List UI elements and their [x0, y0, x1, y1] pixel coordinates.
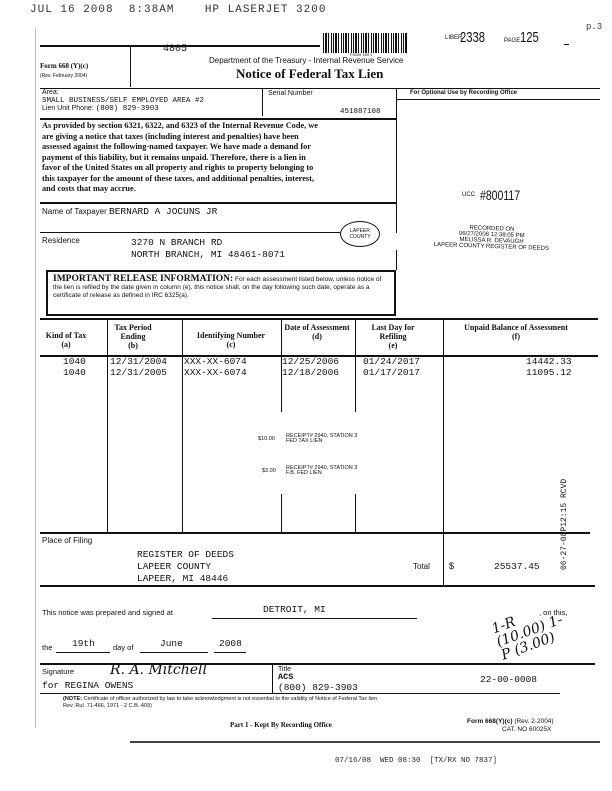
officer-id: 22-00-0008 [480, 674, 537, 685]
day-of-label: day of [113, 643, 133, 652]
signature-bottom-rule [40, 693, 560, 694]
prepared-month: June [160, 638, 183, 649]
column-line [355, 494, 356, 532]
residence-divider [396, 250, 397, 270]
area-top-rule [40, 88, 600, 89]
column-header-kind: Kind of Tax(a) [42, 331, 90, 349]
note-ref: Rev. Rul. 71-466, 1971 - 2 C.B. 409) [63, 703, 152, 709]
margin-line [35, 28, 36, 728]
form-revision: (Rev. February 2004) [40, 73, 87, 79]
column-header-refile: Last Day for Refiling(e) [358, 323, 428, 350]
title-divider [272, 665, 273, 693]
column-line [281, 494, 282, 532]
received-stamp: 06-27-08P12:15 RCVD [560, 479, 569, 570]
form-code: 4805 [163, 44, 187, 55]
residence-rule [40, 232, 340, 233]
department: Department of the Treasury - Internal Re… [209, 56, 403, 65]
column-header-assessed: Date of Assessment(d) [282, 323, 352, 341]
statement-bottom-rule [40, 202, 396, 204]
taxpayer-name: BERNARD A JOCUNS JR [109, 206, 217, 217]
area-label: Area: [42, 89, 59, 96]
total-label: Total [413, 562, 430, 571]
column-header-period: Tax Period Ending(b) [110, 323, 156, 350]
filing-line1: REGISTER OF DEEDS [137, 549, 234, 560]
table-top-rule [40, 318, 598, 320]
filing-top-rule [40, 532, 590, 534]
seal-text: LAPEER COUNTY [341, 228, 379, 240]
lien-phone-label: Lien Unit Phone: [42, 105, 94, 112]
fax-header: JUL 16 2008 8:38AM HP LASERJET 3200 [30, 4, 326, 16]
form-reference: Form 668(Y)(c) (Rev. 2-2004) [467, 718, 554, 725]
page-label: PAGE [504, 38, 520, 44]
residence-label: Residence [42, 236, 80, 245]
fax-page-number: p.3 [586, 22, 602, 32]
filing-line3: LAPEER, MI 48446 [137, 573, 228, 584]
column-line [182, 320, 183, 532]
barcode [323, 33, 407, 53]
signature-label: Signature [42, 667, 74, 676]
ucc-label: UCC [462, 192, 475, 198]
note-bold: (NOTE: [63, 696, 82, 702]
optional-use-label: For Optional Use by Recording Office [410, 90, 517, 96]
release-information-box: IMPORTANT RELEASE INFORMATION: For each … [46, 270, 396, 316]
serial-divider [262, 88, 263, 116]
residence-line2: NORTH BRANCH, MI 48461-8071 [131, 249, 285, 260]
title-phone: (800) 829-3903 [278, 682, 358, 693]
taxpayer-name-label: Name of Taxpayer [42, 207, 107, 216]
serial-value: 451887108 [340, 108, 381, 116]
lien-phone-value: (800) 829-3903 [96, 105, 159, 113]
the-label: the [42, 643, 52, 652]
footer-rule [130, 741, 600, 743]
total-value: 25537.45 [494, 561, 540, 572]
release-heading: IMPORTANT RELEASE INFORMATION: [53, 274, 233, 284]
acknowledgment-note: (NOTE: Certificate of officer authorized… [63, 696, 377, 710]
dash-mark [564, 44, 569, 45]
signature-value: R. A. Mitchell [110, 662, 207, 678]
column-line [355, 320, 356, 412]
column-line [107, 320, 108, 532]
place-of-filing-label: Place of Filing [42, 536, 92, 545]
optional-divider [396, 88, 397, 233]
statement-top-rule [40, 118, 396, 120]
area-value: SMALL BUSINESS/SELF EMPLOYED AREA #2 [42, 97, 204, 105]
liber-value: 2338 [460, 29, 485, 46]
optional-rule [396, 99, 600, 100]
column-header-balance: Unpaid Balance of Assessment(f) [446, 323, 586, 341]
ucc-value: #800117 [480, 187, 520, 203]
county-seal: LAPEER COUNTY [340, 221, 380, 247]
transmission-footer: 07/16/08 WED 08:30 [TX/RX NO 7837] [335, 757, 497, 765]
prepared-at-label: This notice was prepared and signed at [42, 608, 173, 617]
filing-line2: LAPEER COUNTY [137, 561, 211, 572]
handwritten-fee-note: 1-R (10.00) 1-P (3.00) [490, 599, 570, 662]
residence-line1: 3270 N BRANCH RD [131, 237, 222, 248]
part-kept-by: Part 1 - Kept By Recording Office [230, 721, 332, 729]
column-line [443, 320, 444, 585]
title-value: ACS [278, 672, 293, 682]
note-text: Certificate of officer authorized by law… [83, 696, 377, 702]
prepared-year: 2008 [219, 638, 242, 649]
location-line [212, 618, 417, 619]
recorded-stamp: RECORDED ON 06/27/2008 12:38:05 PM MELIS… [434, 224, 550, 252]
page-value: 125 [520, 29, 539, 46]
form-number: Form 668 (Y)(c) [40, 62, 88, 70]
month-line [140, 652, 208, 653]
total-currency: $ [449, 561, 454, 571]
year-line [214, 652, 246, 653]
lien-statement: As provided by section 6321, 6322, and 6… [42, 121, 318, 195]
page-title: Notice of Federal Tax Lien [236, 66, 383, 82]
signed-for: for REGINA OWENS [42, 680, 133, 691]
catalog-number: CAT. NO 60025X [502, 726, 551, 733]
prepared-location: DETROIT, MI [263, 604, 326, 615]
filing-bottom-rule [40, 585, 595, 587]
prepared-day: 19th [72, 638, 95, 649]
day-line [56, 652, 110, 653]
form-divider [130, 47, 131, 87]
serial-label: Serial Number [268, 90, 313, 97]
column-header-id: Identifying Number(c) [185, 331, 277, 349]
